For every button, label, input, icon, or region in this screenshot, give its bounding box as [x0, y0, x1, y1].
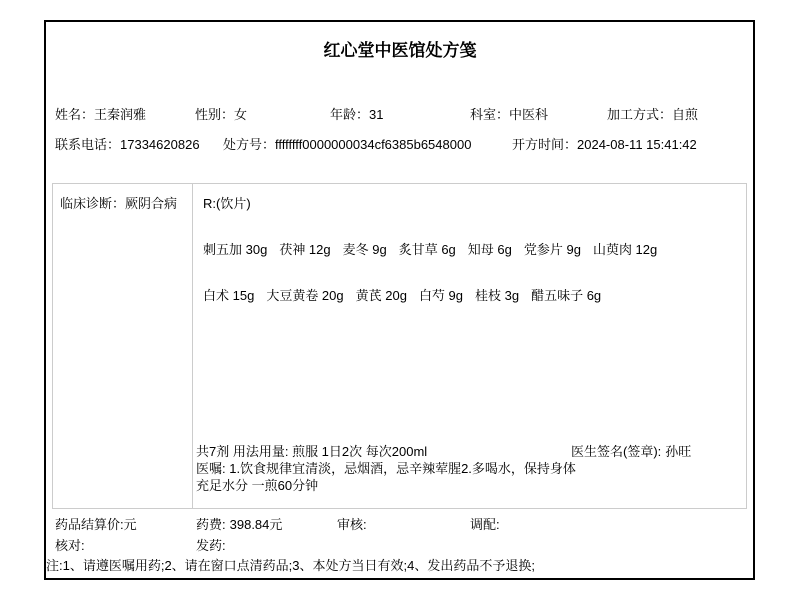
rx-header: R:(饮片) — [203, 196, 251, 212]
time-value: 2024-08-11 15:41:42 — [577, 137, 697, 152]
age-label: 年龄： — [330, 107, 369, 122]
herb-item: 麦冬 9g — [343, 242, 387, 257]
herb-item: 黄芪 20g — [356, 288, 407, 303]
field-dispense: 发药: — [196, 538, 226, 554]
age-value: 31 — [369, 107, 383, 122]
field-fee: 药费:398.84元 — [196, 517, 282, 533]
herb-line: 刺五加 30g茯神 12g麦冬 9g炙甘草 6g知母 6g党参片 9g山萸肉 1… — [203, 242, 669, 258]
field-patient-name: 姓名：王秦润雅 — [55, 107, 146, 123]
page-title: 红心堂中医馆处方笺 — [0, 36, 800, 61]
patient-name-label: 姓名： — [55, 107, 94, 122]
herb-item: 茯神 12g — [279, 242, 330, 257]
patient-name-value: 王秦润雅 — [94, 107, 146, 122]
footer-note: 注:1、请遵医嘱用药;2、请在窗口点清药品;3、本处方当日有效;4、发出药品不予… — [46, 558, 535, 574]
doctor-name: 孙旺 — [665, 444, 691, 459]
field-gender: 性别：女 — [195, 107, 247, 123]
field-department: 科室：中医科 — [470, 107, 548, 123]
field-processing: 加工方式：自煎 — [607, 107, 698, 123]
dosage-summary: 共7剂 用法用量: 煎服 1日2次 每次200ml — [196, 444, 427, 460]
herb-line: 白术 15g大豆黄卷 20g黄芪 20g白芍 9g桂枝 3g醋五味子 6g — [203, 288, 669, 304]
field-check: 核对: — [55, 538, 85, 554]
herb-item: 白芍 9g — [419, 288, 463, 303]
diagnosis-label: 临床诊断： — [60, 196, 125, 211]
field-review: 审核: — [337, 517, 367, 533]
settle-price-label: 药品结算价: — [55, 517, 124, 532]
diagnosis-divider — [192, 183, 193, 509]
advice-line-1: 医嘱: 1.饮食规律宜清淡，忌烟酒，忌辛辣荤腥2.多喝水，保持身体 — [196, 461, 576, 477]
field-rx-no: 处方号：ffffffff0000000034cf6385b6548000 — [223, 137, 471, 153]
phone-value: 17334620826 — [120, 137, 200, 152]
rx-no-label: 处方号： — [223, 137, 275, 152]
field-settle-price: 药品结算价:元 — [55, 517, 137, 533]
department-label: 科室： — [470, 107, 509, 122]
fee-value: 398.84元 — [230, 517, 283, 532]
gender-value: 女 — [234, 107, 247, 122]
field-phone: 联系电话：17334620826 — [55, 137, 200, 153]
herb-item: 山萸肉 12g — [593, 242, 657, 257]
herb-item: 白术 15g — [203, 288, 254, 303]
field-diagnosis: 临床诊断：厥阴合病 — [60, 196, 177, 212]
field-prepare: 调配: — [470, 517, 500, 533]
field-time: 开方时间：2024-08-11 15:41:42 — [512, 137, 697, 153]
settle-price-value: 元 — [124, 517, 137, 532]
doctor-sign-label: 医生签名(签章): — [571, 444, 661, 459]
fee-label: 药费: — [196, 517, 226, 532]
time-label: 开方时间： — [512, 137, 577, 152]
herb-lines: 刺五加 30g茯神 12g麦冬 9g炙甘草 6g知母 6g党参片 9g山萸肉 1… — [203, 242, 669, 334]
phone-label: 联系电话： — [55, 137, 120, 152]
gender-label: 性别： — [195, 107, 234, 122]
herb-item: 大豆黄卷 20g — [266, 288, 343, 303]
doctor-signature: 医生签名(签章):孙旺 — [571, 444, 691, 460]
processing-value: 自煎 — [672, 107, 698, 122]
diagnosis-value: 厥阴合病 — [125, 196, 177, 211]
herb-item: 知母 6g — [468, 242, 512, 257]
prescription-page: 红心堂中医馆处方笺 姓名：王秦润雅 性别：女 年龄：31 科室：中医科 加工方式… — [0, 0, 800, 600]
herb-item: 炙甘草 6g — [399, 242, 456, 257]
advice-line-2: 充足水分 一煎60分钟 — [196, 478, 318, 494]
processing-label: 加工方式： — [607, 107, 672, 122]
field-age: 年龄：31 — [330, 107, 383, 123]
department-value: 中医科 — [509, 107, 548, 122]
herb-item: 党参片 9g — [524, 242, 581, 257]
herb-item: 醋五味子 6g — [531, 288, 601, 303]
herb-item: 刺五加 30g — [203, 242, 267, 257]
rx-no-value: ffffffff0000000034cf6385b6548000 — [275, 137, 471, 152]
herb-item: 桂枝 3g — [475, 288, 519, 303]
